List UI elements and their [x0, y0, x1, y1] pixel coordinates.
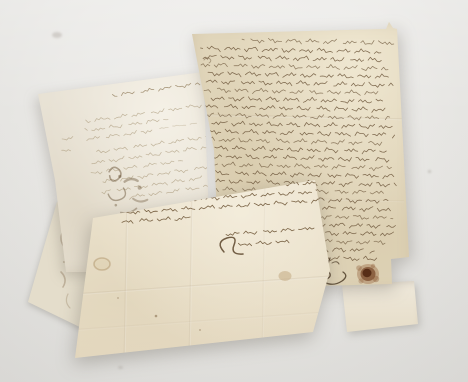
document-receipt-letter	[66, 168, 358, 380]
photo-blemish	[52, 32, 62, 38]
photo-blemish	[428, 170, 431, 173]
handwriting-layer-receipt-letter	[66, 168, 358, 380]
photo-of-manuscript-documents	[0, 0, 468, 382]
paper-receipt-letter	[66, 168, 358, 380]
photo-blemish	[118, 366, 123, 369]
